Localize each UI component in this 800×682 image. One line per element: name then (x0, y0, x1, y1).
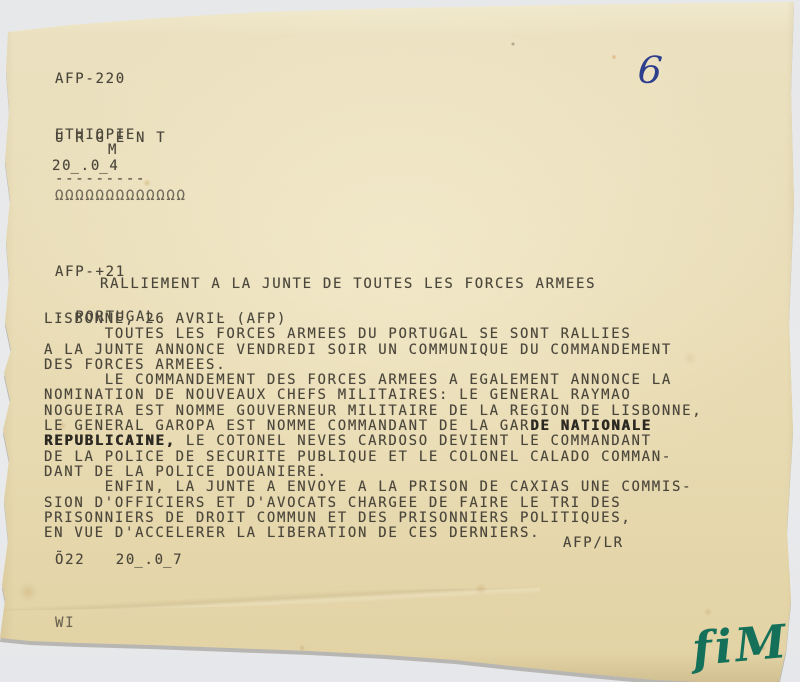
country-label: ETHIOPIE (55, 128, 146, 143)
body-line: LE COMMANDEMENT DES FORCES ARMEES A EGAL… (44, 373, 702, 388)
serial-time-line: Õ22 20̲.0̲7 (55, 553, 183, 568)
body-line: LE GENERAL GAROPA EST NOMME COMMANDANT D… (44, 419, 702, 434)
body-line: DE LA POLICE DE SECURITE PUBLIQUE ET LE … (44, 450, 702, 465)
headline: RALLIEMENT A LA JUNTE DE TOUTES LES FORC… (100, 277, 596, 292)
wire-slug: AFP-220 (55, 70, 187, 90)
body-line: SION D'OFFICIERS ET D'AVOCATS CHARGEE DE… (44, 496, 702, 511)
body-line: NOGUEIRA EST NOMME GOUVERNEUR MILITAIRE … (44, 404, 702, 419)
body-line: NOMINATION DE NOUVEAUX CHEFS MILITAIRES:… (44, 388, 702, 403)
body-line: DANT DE LA POLICE DOUANIERE. (44, 465, 702, 480)
body-line: REPUBLICAINE, LE COTONEL NEVES CARDOSO D… (44, 434, 702, 449)
channel-letter: M (108, 143, 118, 158)
body-line: PRISONNIERS DE DROIT COMMUN ET DES PRISO… (44, 511, 702, 526)
paper-crease (0, 587, 540, 610)
body-line: DES FORCES ARMEES. (44, 358, 702, 373)
body-line: TOUTES LES FORCES ARMEES DU PORTUGAL SE … (44, 327, 702, 342)
scanned-telex-document: AFP-220 U R G E N T ΩΩΩΩΩΩΩΩΩΩΩΩΩ ETHIOP… (0, 0, 800, 682)
handwritten-page-number: 6 (636, 47, 664, 93)
body-line: ENFIN, LA JUNTE A ENVOYE A LA PRISON DE … (44, 480, 702, 495)
time-received: 20̲.0̲4 (52, 159, 120, 174)
telex-paper: AFP-220 U R G E N T ΩΩΩΩΩΩΩΩΩΩΩΩΩ ETHIOP… (0, 0, 800, 682)
signoff: AFP/LR (563, 536, 624, 551)
body-line: A LA JUNTE ANNONCE VENDREDI SOIR UN COMM… (44, 343, 702, 358)
country-block: ETHIOPIE --------- (55, 99, 146, 215)
operator-initials: WI (55, 616, 75, 631)
body-line: LISBONNE, 26 AVRIL (AFP) (44, 312, 702, 327)
dispatch-body: LISBONNE, 26 AVRIL (AFP) TOUTES LES FORC… (44, 312, 702, 541)
handwritten-end-mark: fiM (690, 614, 792, 676)
